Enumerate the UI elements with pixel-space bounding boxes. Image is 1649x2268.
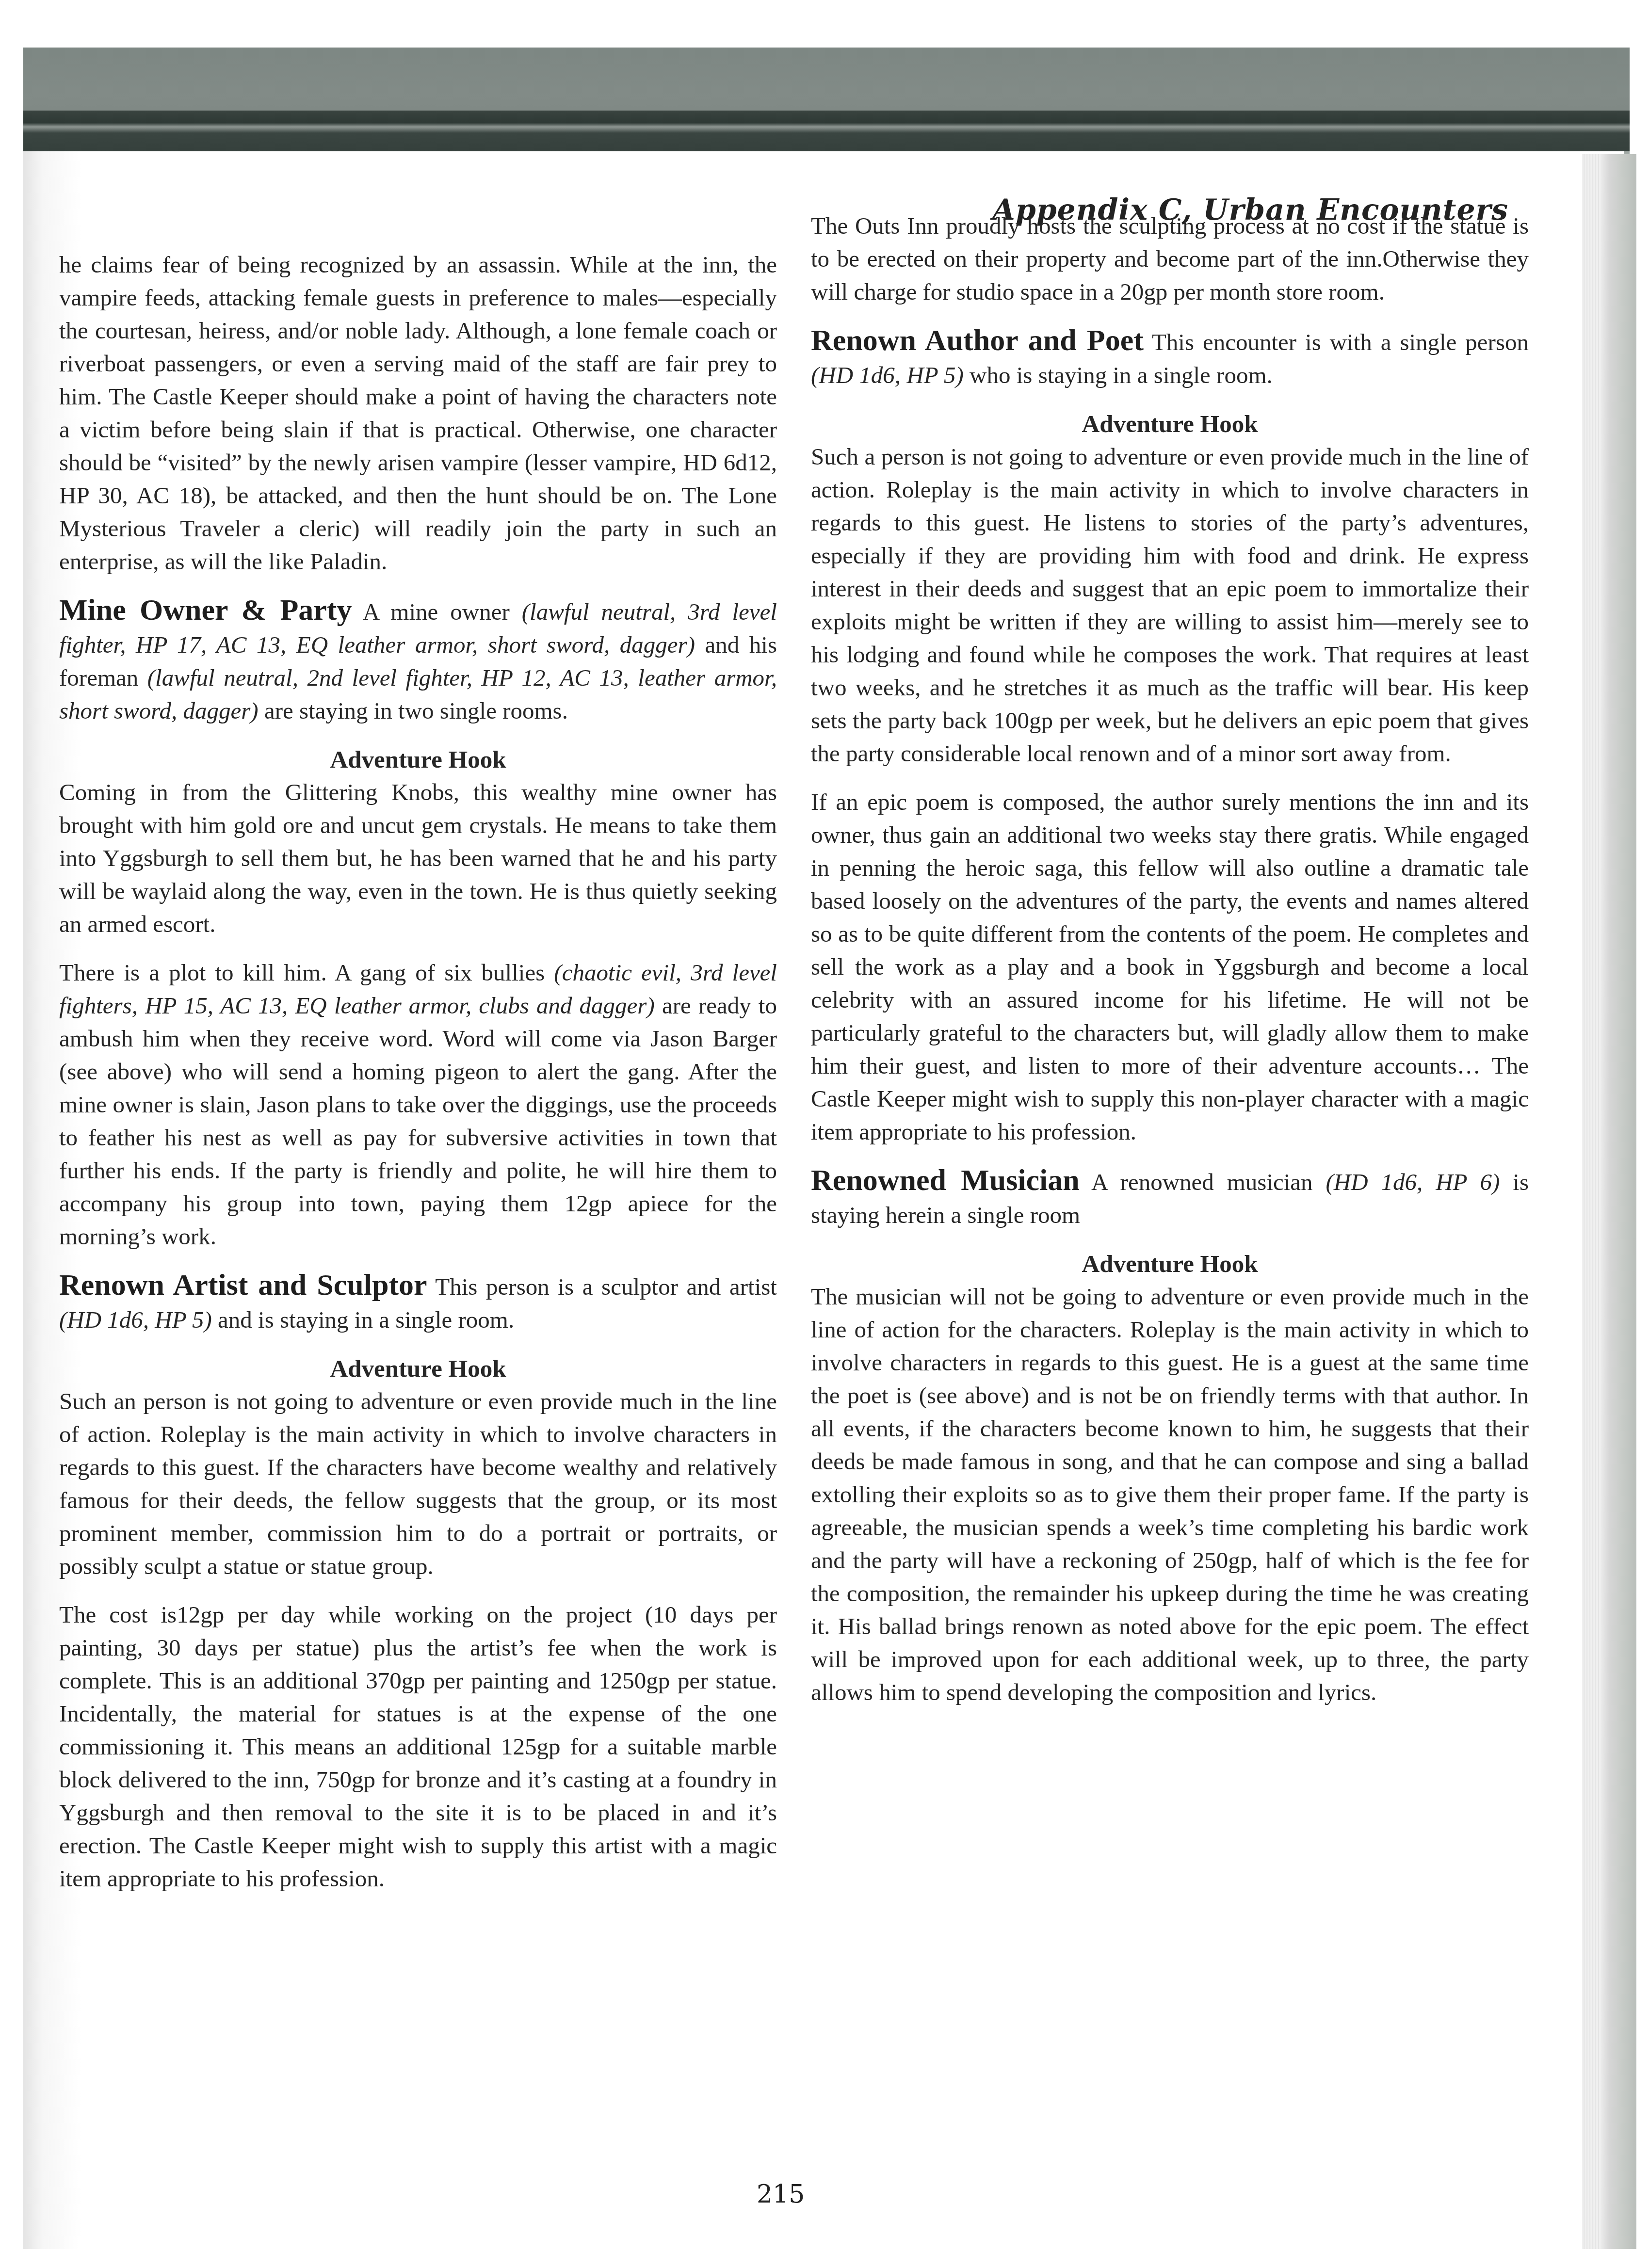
stat-block: (HD 1d6, HP 5): [811, 362, 964, 388]
entry-musician: Renowned Musician A renowned musician (H…: [811, 1164, 1529, 1709]
book-board-edge: [1600, 154, 1636, 2249]
stat-block: (HD 1d6, HP 5): [59, 1306, 212, 1333]
adventure-hook-heading: Adventure Hook: [59, 1353, 777, 1385]
entry-author: Renown Author and Poet This encounter is…: [811, 324, 1529, 1148]
book-cover-edge: [23, 111, 1630, 151]
hook-paragraph: Such an person is not going to adventure…: [59, 1385, 777, 1583]
continuation-paragraph: The Outs Inn proudly hosts the sculpting…: [811, 209, 1529, 308]
hook-paragraph: Coming in from the Glittering Knobs, thi…: [59, 776, 777, 941]
entry-artist: Renown Artist and Sculptor This person i…: [59, 1269, 777, 1895]
entry-title: Renown Author and Poet: [811, 324, 1144, 357]
hook-paragraph: Such a person is not going to adventure …: [811, 440, 1529, 770]
entry-title: Mine Owner & Party: [59, 594, 352, 627]
adventure-hook-heading: Adventure Hook: [59, 744, 777, 776]
intro-paragraph: he claims fear of being recognized by an…: [59, 248, 777, 578]
stat-block: (HD 1d6, HP 6): [1326, 1169, 1500, 1195]
entry-mine-owner: Mine Owner & Party A mine owner (lawful …: [59, 594, 777, 1253]
entry-description: Renowned Musician A renowned musician (H…: [811, 1164, 1529, 1232]
hook-paragraph: There is a plot to kill him. A gang of s…: [59, 956, 777, 1253]
page-number: 215: [757, 2180, 805, 2209]
left-column: he claims fear of being recognized by an…: [59, 248, 777, 1911]
adventure-hook-heading: Adventure Hook: [811, 408, 1529, 440]
entry-title: Renown Artist and Sculptor: [59, 1269, 427, 1302]
hook-paragraph: The musician will not be going to advent…: [811, 1280, 1529, 1709]
entry-description: Renown Author and Poet This encounter is…: [811, 324, 1529, 392]
right-column: The Outs Inn proudly hosts the sculpting…: [811, 209, 1529, 1724]
entry-description: Mine Owner & Party A mine owner (lawful …: [59, 594, 777, 727]
page-stack-edge: [1582, 154, 1600, 2249]
hook-paragraph: If an epic poem is composed, the author …: [811, 786, 1529, 1148]
adventure-hook-heading: Adventure Hook: [811, 1248, 1529, 1280]
entry-title: Renowned Musician: [811, 1164, 1080, 1197]
entry-description: Renown Artist and Sculptor This person i…: [59, 1269, 777, 1336]
hook-paragraph: The cost is12gp per day while working on…: [59, 1598, 777, 1895]
